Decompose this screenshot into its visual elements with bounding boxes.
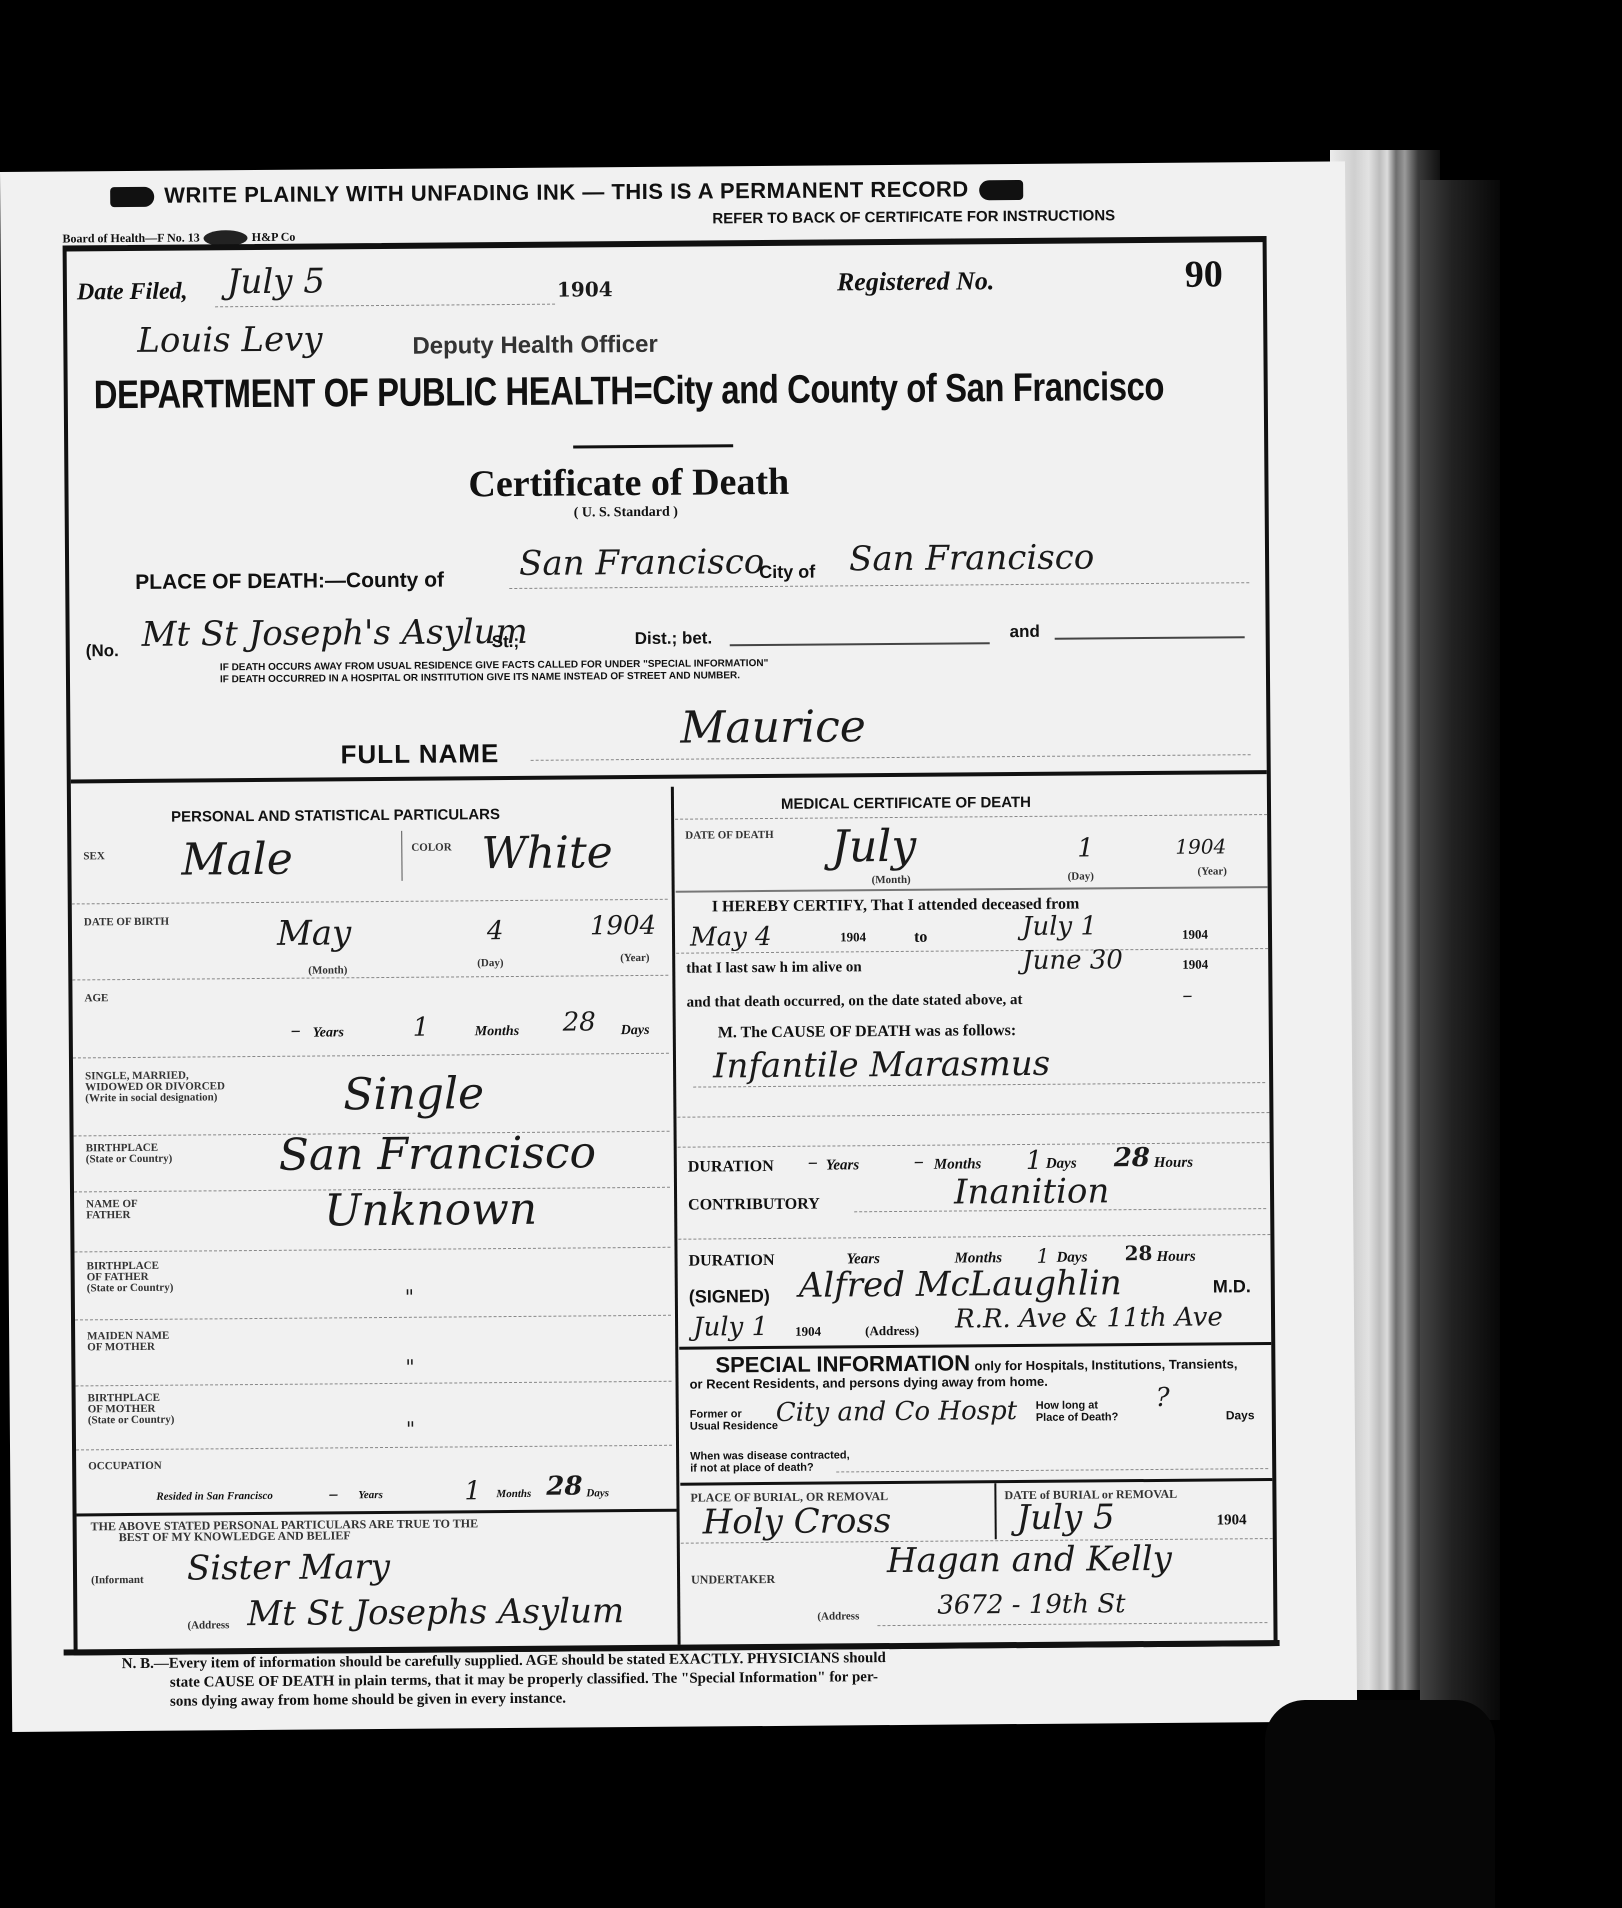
date-filed-label: Date Filed, <box>77 279 188 307</box>
occupation-label: OCCUPATION <box>88 1461 162 1473</box>
duration-days-caption: Days <box>1046 1156 1077 1173</box>
age-days-caption: Days <box>621 1023 650 1039</box>
registered-no-label: Registered No. <box>837 266 995 297</box>
father-label-line: FATHER <box>86 1210 138 1221</box>
informant-statement: THE ABOVE STATED PERSONAL PARTICULARS AR… <box>91 1518 479 1543</box>
signed-label: (SIGNED) <box>689 1286 770 1308</box>
resided-days-caption: Days <box>586 1487 609 1499</box>
residence-label-line: Former or <box>690 1408 778 1421</box>
resided-years: – <box>328 1481 338 1505</box>
physician-signature: Alfred McLaughlin <box>799 1263 1122 1306</box>
duration-months: – <box>914 1149 924 1173</box>
dob-label: DATE OF BIRTH <box>84 917 169 929</box>
father-name-value: Unknown <box>324 1184 537 1237</box>
book-spine-shadow <box>1420 180 1500 1720</box>
undertaker-label: UNDERTAKER <box>691 1574 775 1586</box>
date-of-death-day: 1 <box>1077 833 1094 863</box>
certificate-frame: Date Filed, July 5 1904 Registered No. 9… <box>63 236 1278 1655</box>
burial-place-value: Holy Cross <box>702 1501 891 1542</box>
mother-maiden-name-label: MAIDEN NAME OF MOTHER <box>87 1331 169 1354</box>
district-label: Dist.; bet. <box>635 628 713 649</box>
how-long-days-label: Days <box>1226 1408 1255 1422</box>
cause-of-death: Infantile Marasmus <box>713 1044 1050 1087</box>
contracted-label-line: if not at place of death? <box>690 1461 850 1474</box>
dod-month-caption: (Month) <box>872 875 911 886</box>
mother-birthplace-value: " <box>406 1417 415 1441</box>
board-of-health-label: Board of Health—F No. 13 <box>62 230 199 245</box>
banner-text: WRITE PLAINLY WITH UNFADING INK — THIS I… <box>164 176 969 207</box>
usual-residence-label: Former or Usual Residence <box>690 1408 778 1433</box>
place-of-death-label: PLACE OF DEATH:—County of <box>135 569 444 595</box>
duration2-hours: 28 <box>1124 1241 1152 1265</box>
duration-years-caption: Years <box>826 1157 859 1174</box>
date-of-death-month: July <box>831 821 916 873</box>
duration-hours-caption: Hours <box>1154 1155 1193 1172</box>
informant-value: Sister Mary <box>187 1547 390 1589</box>
death-occurred-time: – <box>1182 983 1192 1007</box>
pointing-hand-icon <box>110 187 154 207</box>
title-divider <box>573 444 733 448</box>
attended-to-year: 1904 <box>1182 927 1208 943</box>
burial-year: 1904 <box>1217 1512 1247 1529</box>
how-long-label-line: How long at <box>1036 1399 1119 1412</box>
duration2-hours-caption: Hours <box>1156 1249 1195 1266</box>
birthplace-value: San Francisco <box>279 1127 597 1180</box>
sex-label: SEX <box>83 851 104 862</box>
attended-from-year: 1904 <box>840 929 866 945</box>
date-of-death-label: DATE OF DEATH <box>685 830 774 842</box>
age-months-caption: Months <box>475 1024 519 1040</box>
disease-contracted-label: When was disease contracted, if not at p… <box>690 1449 850 1474</box>
father-birthplace-label: BIRTHPLACE OF FATHER (State or Country) <box>87 1261 174 1295</box>
department-title: DEPARTMENT OF PUBLIC HEALTH=City and Cou… <box>94 365 1165 418</box>
age-label: AGE <box>84 993 108 1004</box>
burial-date-value: July 5 <box>1016 1497 1114 1538</box>
duration-months-caption: Months <box>934 1156 982 1173</box>
age-days: 28 <box>563 1007 596 1037</box>
column-divider <box>671 787 681 1645</box>
marital-label: SINGLE, MARRIED, WIDOWED OR DIVORCED (Wr… <box>85 1070 225 1104</box>
physician-address: R.R. Ave & 11th Ave <box>955 1302 1223 1334</box>
mother-birthplace-label: BIRTHPLACE OF MOTHER (State or Country) <box>88 1393 175 1427</box>
contributory-label: CONTRIBUTORY <box>688 1196 820 1215</box>
city-label: City of <box>759 562 815 583</box>
marital-label-line: (Write in social designation) <box>85 1092 225 1104</box>
certificate-subtitle: ( U. S. Standard ) <box>574 505 678 522</box>
father-birthplace-value: " <box>405 1285 414 1309</box>
name-divider <box>71 770 1267 783</box>
medical-section-heading: MEDICAL CERTIFICATE OF DEATH <box>781 794 1031 813</box>
dob-day-caption: (Day) <box>477 958 503 969</box>
officer-signature: Louis Levy <box>137 319 323 360</box>
informant-address-value: Mt St Josephs Asylum <box>247 1591 624 1634</box>
last-saw-date: June 30 <box>1022 945 1123 976</box>
dob-day: 4 <box>487 916 504 946</box>
signed-date: July 1 <box>693 1312 768 1343</box>
full-name-value: Maurice <box>680 701 866 753</box>
father-name-label: NAME OF FATHER <box>86 1199 138 1221</box>
and-label: and <box>1010 622 1040 642</box>
officer-title: Deputy Health Officer <box>412 331 658 361</box>
sex-value: Male <box>181 834 293 886</box>
dob-month: May <box>277 913 352 954</box>
certificate-page: WRITE PLAINLY WITH UNFADING INK — THIS I… <box>0 161 1357 1732</box>
resided-months: 1 <box>464 1476 481 1506</box>
dod-day-caption: (Day) <box>1068 871 1094 882</box>
printer-label: H&P Co <box>252 230 296 244</box>
how-long-value: ? <box>1156 1383 1170 1413</box>
date-filed-value: July 5 <box>227 261 325 302</box>
usual-residence-value: City and Co Hospt <box>776 1396 1018 1428</box>
age-months: 1 <box>413 1013 430 1043</box>
burial-column-divider <box>994 1483 996 1539</box>
date-filed-year: 1904 <box>557 277 613 301</box>
duration-label: DURATION <box>688 1158 774 1177</box>
informant-divider <box>77 1509 677 1517</box>
undertaker-address-label: (Address <box>817 1611 859 1622</box>
statement-line: BEST OF MY KNOWLEDGE AND BELIEF <box>91 1529 479 1543</box>
to-label: to <box>914 929 927 947</box>
informant-address-label: (Address <box>187 1620 229 1631</box>
physician-address-label: (Address) <box>865 1323 919 1339</box>
dod-year-caption: (Year) <box>1197 866 1226 877</box>
birthplace-label: BIRTHPLACE (State or Country) <box>86 1143 173 1166</box>
birthplace-label-line: (State or Country) <box>86 1154 173 1166</box>
date-of-death-year: 1904 <box>1175 834 1226 858</box>
refer-instructions: REFER TO BACK OF CERTIFICATE FOR INSTRUC… <box>712 207 1115 227</box>
contributory-cause: Inanition <box>954 1171 1110 1212</box>
how-long-label-line: Place of Death? <box>1036 1411 1119 1424</box>
marital-value: Single <box>343 1068 484 1120</box>
pointing-hand-icon <box>979 180 1023 200</box>
color-value: White <box>481 827 613 879</box>
resided-label: Resided in San Francisco <box>156 1490 273 1503</box>
street-label: St.; <box>492 632 520 652</box>
attended-to: July 1 <box>1022 911 1097 942</box>
age-years-caption: Years <box>313 1025 344 1041</box>
personal-section-heading: PERSONAL AND STATISTICAL PARTICULARS <box>171 806 500 826</box>
county-value: San Francisco <box>519 542 764 584</box>
special-info-sub: or Recent Residents, and persons dying a… <box>689 1374 1047 1392</box>
father-bp-label-line: (State or Country) <box>87 1283 174 1295</box>
mother-bp-label-line: (State or Country) <box>88 1415 175 1427</box>
resided-years-caption: Years <box>358 1489 383 1501</box>
contracted-label-line: When was disease contracted, <box>690 1449 850 1462</box>
resided-months-caption: Months <box>496 1488 531 1500</box>
age-years: – <box>291 1018 301 1042</box>
attended-from: May 4 <box>690 922 772 953</box>
instructions-footnote: N. B.—Every item of information should b… <box>122 1646 1222 1712</box>
md-label: M.D. <box>1213 1276 1251 1297</box>
permanent-record-banner: WRITE PLAINLY WITH UNFADING INK — THIS I… <box>110 174 1210 209</box>
cause-intro: M. The CAUSE OF DEATH was as follows: <box>718 1022 1017 1042</box>
duration-hours: 28 <box>1114 1143 1150 1173</box>
registered-no: 90 <box>1185 252 1223 296</box>
special-info-scope: only for Hospitals, Institutions, Transi… <box>974 1356 1237 1373</box>
color-label: COLOR <box>411 842 451 853</box>
informant-label: (Informant <box>91 1575 144 1586</box>
full-name-label: FULL NAME <box>340 738 499 770</box>
dob-year: 1904 <box>590 911 656 942</box>
duration2-label: DURATION <box>689 1252 775 1271</box>
dob-year-caption: (Year) <box>620 953 649 964</box>
undertaker-value: Hagan and Kelly <box>887 1539 1172 1581</box>
city-value: San Francisco <box>849 537 1094 579</box>
certificate-title: Certificate of Death <box>468 460 789 507</box>
street-no-label: (No. <box>86 641 119 661</box>
burial-divider <box>680 1478 1272 1486</box>
institution-value: Mt St Joseph's Asylum <box>141 612 528 655</box>
mother-label-line: OF MOTHER <box>87 1342 169 1354</box>
signed-year: 1904 <box>795 1324 821 1340</box>
how-long-label: How long at Place of Death? <box>1036 1399 1119 1424</box>
duration-years: – <box>808 1150 818 1174</box>
residence-label-line: Usual Residence <box>690 1420 778 1433</box>
dob-month-caption: (Month) <box>308 965 347 976</box>
last-saw-label: that I last saw h im alive on <box>686 959 862 977</box>
resided-days: 28 <box>546 1471 582 1501</box>
mother-maiden-name-value: " <box>405 1355 414 1379</box>
thumb-shadow <box>1265 1700 1495 1908</box>
undertaker-address: 3672 - 19th St <box>937 1589 1126 1620</box>
death-occurred-statement: and that death occurred, on the date sta… <box>686 992 1022 1012</box>
last-saw-year: 1904 <box>1182 957 1208 973</box>
special-info-title: SPECIAL INFORMATION <box>715 1350 970 1377</box>
